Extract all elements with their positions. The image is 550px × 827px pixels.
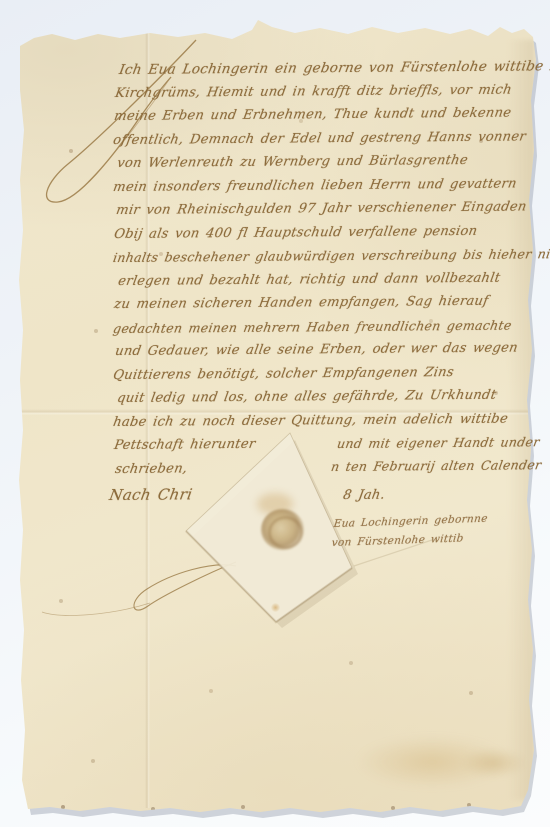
seal-dot bbox=[271, 603, 280, 612]
scan-background: Ich Eua Lochingerin ein geborne von Fürs… bbox=[0, 0, 550, 827]
manuscript-line: Quittierens benötigt, solcher Empfangene… bbox=[112, 365, 455, 383]
manuscript-line-left-of-seal: Nach Chri bbox=[108, 485, 194, 504]
manuscript-line: von Werlenreuth zu Wernberg und Bürlasgr… bbox=[116, 153, 469, 171]
wax-seal-ring bbox=[268, 516, 303, 549]
manuscript-line: Obij als von 400 fl Hauptschuld verfalle… bbox=[113, 224, 479, 242]
date-fragment: 8 Jah. bbox=[342, 488, 386, 503]
manuscript-line-left-of-seal: schrieben, bbox=[114, 461, 189, 477]
manuscript-line-right-of-seal: und mit eigener Handt under bbox=[336, 434, 541, 451]
date-fragment: n ten Februarij alten Calender bbox=[330, 457, 543, 474]
pen-flourish-loop bbox=[42, 562, 236, 615]
manuscript-line-left-of-seal: Pettschaft hierunter bbox=[113, 437, 257, 453]
